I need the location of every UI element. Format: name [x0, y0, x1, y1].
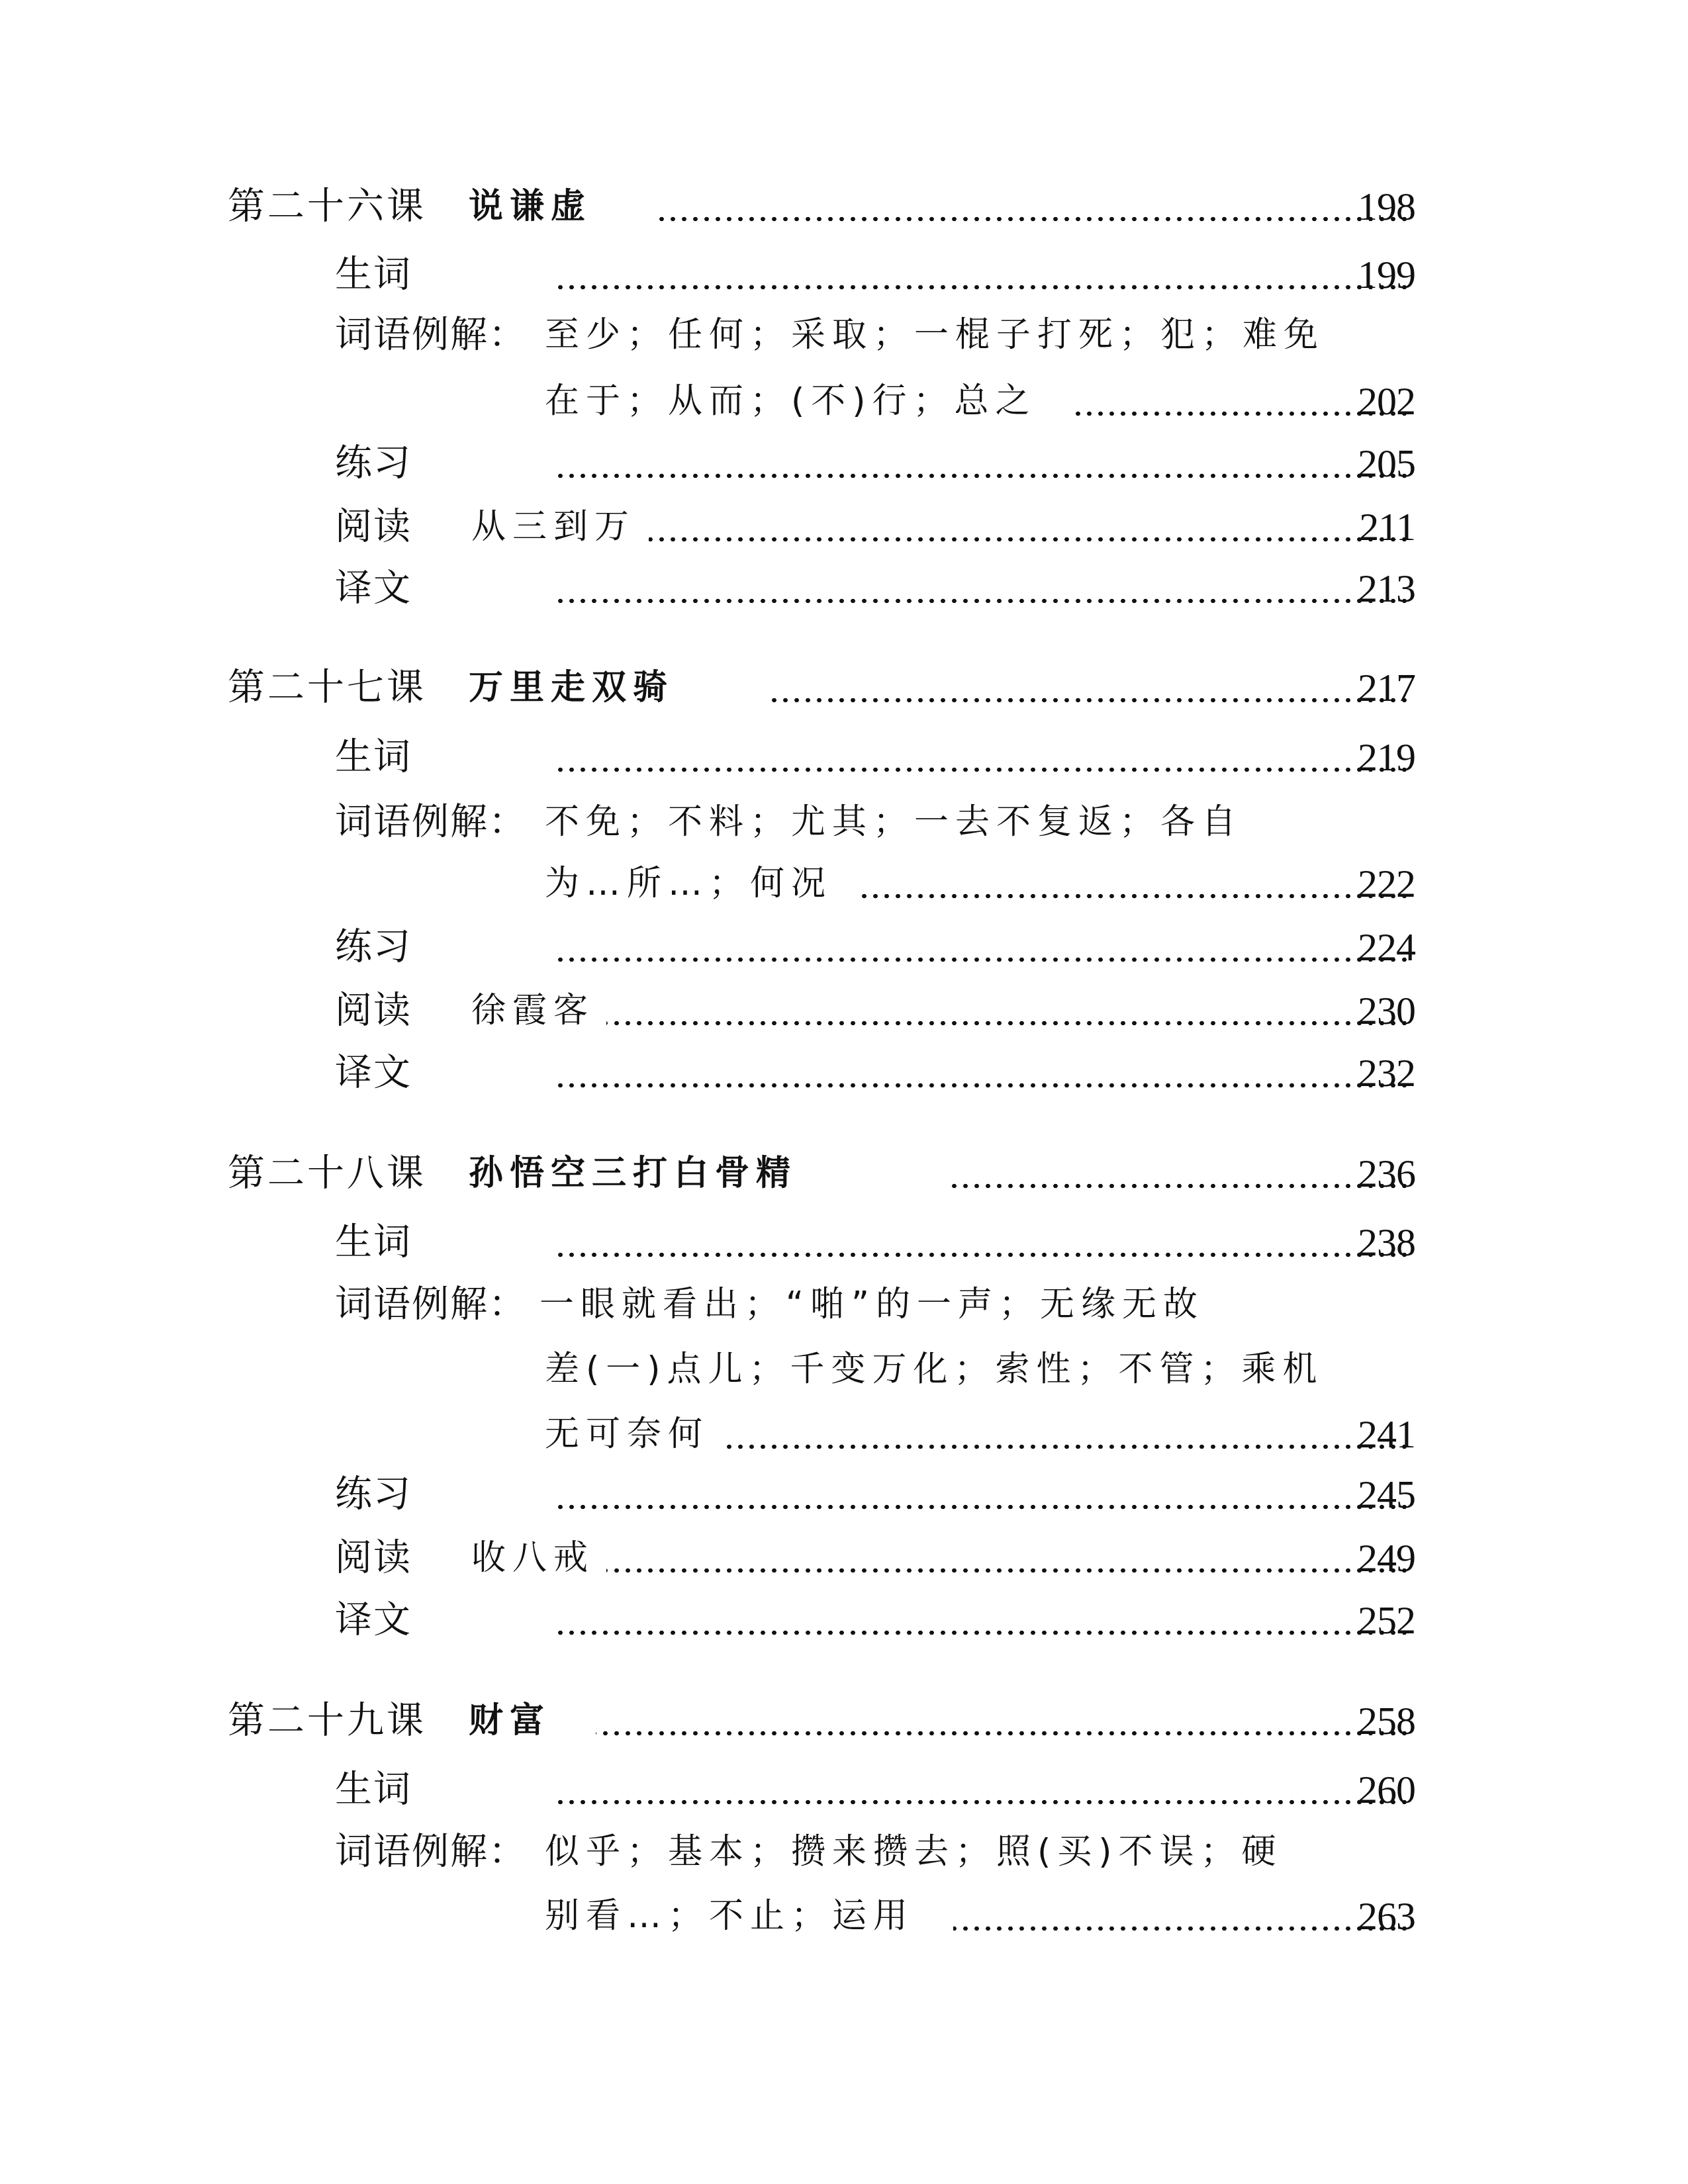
entry-label: 生词: [335, 1216, 412, 1269]
toc-entry-vocab[interactable]: 生词 238: [0, 1216, 1688, 1269]
toc-entry-reading[interactable]: 阅读 徐霞客 230: [0, 984, 1688, 1037]
entry-label: 练习: [335, 921, 412, 974]
toc-lesson-26-header[interactable]: 第二十六课 说谦虚 198: [0, 180, 1688, 233]
toc-entry-word-examples-line-2[interactable]: 在于；从而；(不)行；总之 202: [0, 375, 1688, 428]
word-examples-text: 差(一)点儿；千变万化；索性；不管；乘机: [545, 1343, 1329, 1396]
lesson-title: 财富: [469, 1694, 556, 1747]
entry-label: 词语例解：: [335, 1278, 527, 1331]
dot-leader: [553, 1468, 1410, 1521]
entry-label: 生词: [335, 248, 412, 301]
word-examples-text: 别看…；不止；运用: [545, 1889, 919, 1942]
toc-entry-translation[interactable]: 译文 232: [0, 1046, 1688, 1099]
entry-label: 词语例解：: [335, 796, 527, 848]
entry-label: 练习: [335, 437, 412, 490]
toc-entry-exercise[interactable]: 练习 245: [0, 1468, 1688, 1521]
lesson-number: 第二十九课: [228, 1694, 426, 1747]
dot-leader: [596, 1694, 1410, 1747]
entry-label: 阅读: [335, 500, 412, 553]
entry-label: 生词: [335, 731, 412, 784]
toc-entry-word-examples-line-1[interactable]: 词语例解： 不免；不料；尤其；一去不复返；各自: [0, 796, 1688, 848]
lesson-number: 第二十六课: [228, 180, 426, 233]
toc-entry-word-examples-line-1[interactable]: 词语例解： 一眼就看出；“啪”的一声；无缘无故: [0, 1278, 1688, 1331]
entry-label: 译文: [335, 562, 412, 615]
word-examples-text: 一眼就看出；“啪”的一声；无缘无故: [539, 1278, 1209, 1331]
toc-lesson-28-header[interactable]: 第二十八课 孙悟空三打白骨精 236: [0, 1147, 1688, 1200]
dot-leader: [649, 500, 1410, 553]
word-examples-text: 无可奈何: [545, 1408, 714, 1461]
dot-leader: [553, 437, 1410, 490]
toc-entry-translation[interactable]: 译文 252: [0, 1594, 1688, 1647]
toc-entry-reading[interactable]: 阅读 收八戒 249: [0, 1531, 1688, 1584]
lesson-title: 万里走双骑: [469, 661, 679, 714]
entry-label: 词语例解：: [335, 1825, 527, 1878]
toc-lesson-27-header[interactable]: 第二十七课 万里走双骑 217: [0, 661, 1688, 714]
entry-label: 生词: [335, 1763, 412, 1816]
lesson-number: 第二十八课: [228, 1147, 426, 1200]
entry-label: 译文: [335, 1594, 412, 1647]
dot-leader: [947, 1147, 1410, 1200]
toc-entry-word-examples-line-2[interactable]: 别看…；不止；运用 263: [0, 1889, 1688, 1942]
word-examples-text: 似乎；基本；攒来攒去；照(买)不误；硬: [545, 1825, 1288, 1878]
dot-leader: [553, 248, 1410, 301]
lesson-number: 第二十七课: [228, 661, 426, 714]
dot-leader: [553, 921, 1410, 974]
dot-leader: [768, 661, 1410, 714]
lesson-title: 说谦虚: [469, 180, 597, 233]
word-examples-text: 为…所…；何况: [545, 857, 837, 910]
reading-title: 收八戒: [471, 1531, 600, 1584]
word-examples-text: 在于；从而；(不)行；总之: [545, 375, 1042, 428]
toc-entry-vocab[interactable]: 生词 219: [0, 731, 1688, 784]
dot-leader: [1072, 375, 1410, 428]
dot-leader: [606, 1531, 1410, 1584]
toc-entry-word-examples-line-1[interactable]: 词语例解： 至少；任何；采取；一棍子打死；犯；难免: [0, 308, 1688, 361]
toc-entry-exercise[interactable]: 练习 224: [0, 921, 1688, 974]
toc-entry-translation[interactable]: 译文 213: [0, 562, 1688, 615]
dot-leader: [553, 1594, 1410, 1647]
lesson-title: 孙悟空三打白骨精: [469, 1147, 802, 1200]
toc-entry-word-examples-line-2[interactable]: 差(一)点儿；千变万化；索性；不管；乘机: [0, 1343, 1688, 1396]
word-examples-text: 不免；不料；尤其；一去不复返；各自: [545, 796, 1248, 848]
dot-leader: [553, 1216, 1410, 1269]
toc-entry-word-examples-line-3[interactable]: 无可奈何 241: [0, 1408, 1688, 1461]
toc-lesson-29-header[interactable]: 第二十九课 财富 258: [0, 1694, 1688, 1747]
entry-label: 阅读: [335, 984, 412, 1037]
word-examples-text: 至少；任何；采取；一棍子打死；犯；难免: [545, 308, 1330, 361]
dot-leader: [726, 1408, 1410, 1461]
toc-entry-vocab[interactable]: 生词 199: [0, 248, 1688, 301]
entry-label: 译文: [335, 1046, 412, 1099]
entry-label: 阅读: [335, 1531, 412, 1584]
dot-leader: [553, 1763, 1410, 1816]
dot-leader: [953, 1889, 1410, 1942]
dot-leader: [553, 1046, 1410, 1099]
toc-entry-exercise[interactable]: 练习 205: [0, 437, 1688, 490]
toc-entry-reading[interactable]: 阅读 从三到万 211: [0, 500, 1688, 553]
entry-label: 练习: [335, 1468, 412, 1521]
reading-title: 从三到万: [471, 500, 641, 553]
entry-label: 词语例解：: [335, 308, 527, 361]
dot-leader: [553, 731, 1410, 784]
dot-leader: [861, 857, 1410, 910]
dot-leader: [606, 984, 1410, 1037]
toc-entry-word-examples-line-2[interactable]: 为…所…；何况 222: [0, 857, 1688, 910]
toc-entry-vocab[interactable]: 生词 260: [0, 1763, 1688, 1816]
dot-leader: [655, 180, 1410, 233]
reading-title: 徐霞客: [471, 984, 600, 1037]
toc-entry-word-examples-line-1[interactable]: 词语例解： 似乎；基本；攒来攒去；照(买)不误；硬: [0, 1825, 1688, 1878]
dot-leader: [553, 562, 1410, 615]
